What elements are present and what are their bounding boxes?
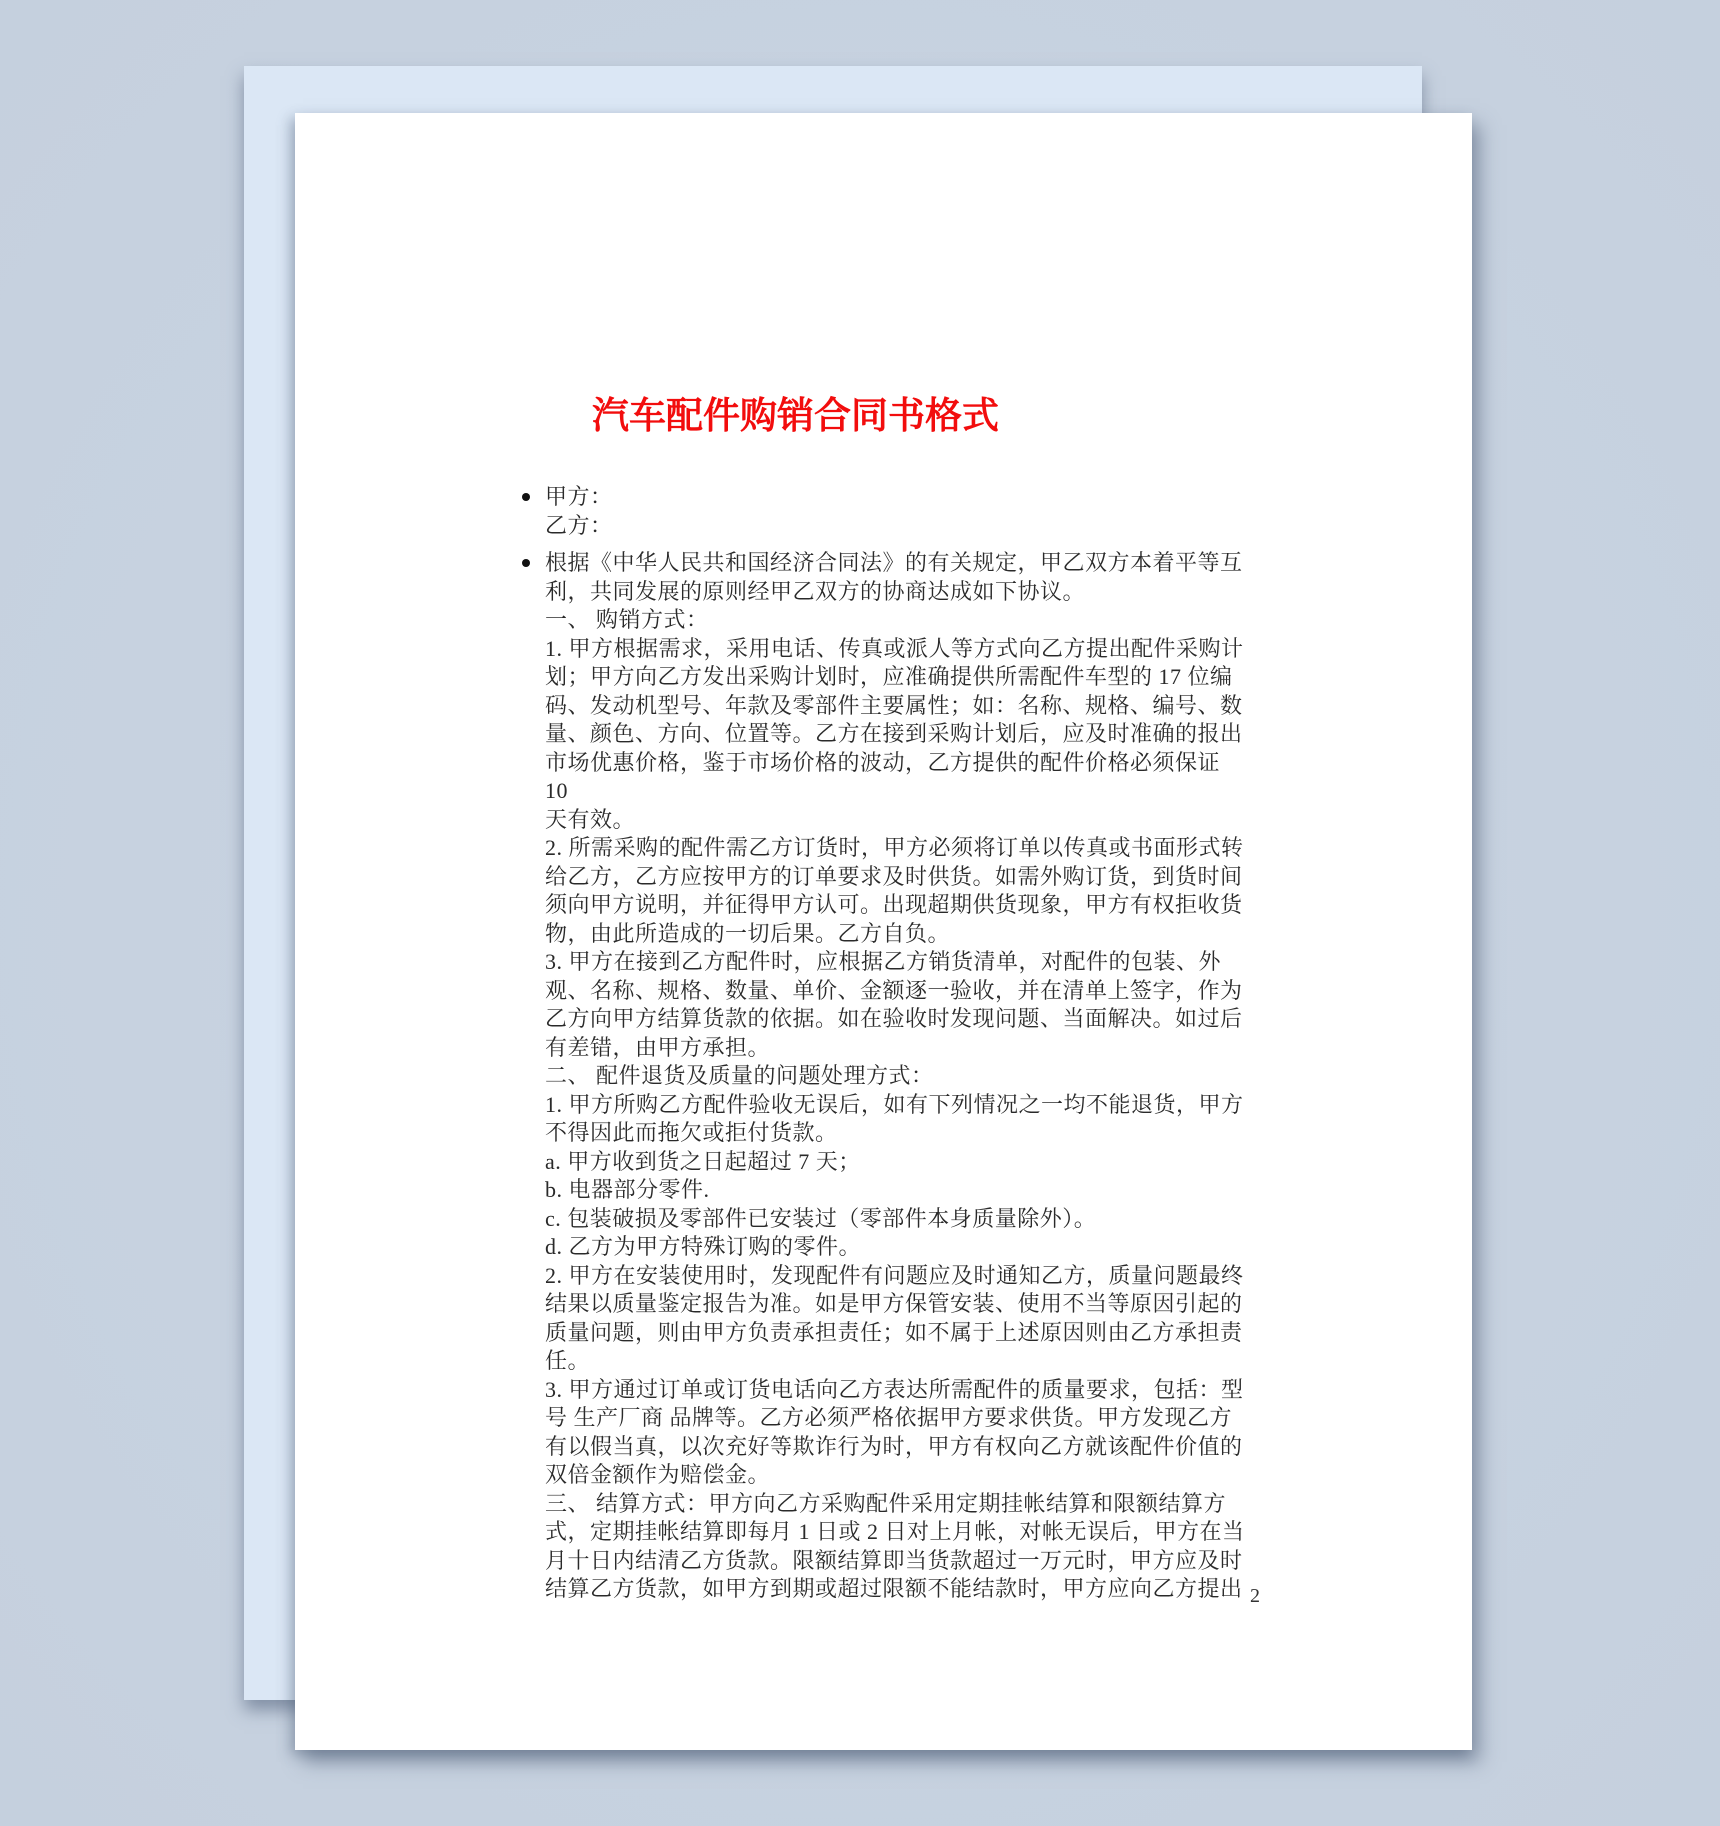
list-item: 根据《中华人民共和国经济合同法》的有关规定，甲乙双方本着平等互 利，共同发展的原…: [522, 549, 1245, 1604]
page-number: 2: [1250, 1585, 1260, 1608]
document-body: 甲方： 乙方： 根据《中华人民共和国经济合同法》的有关规定，甲乙双方本着平等互 …: [522, 483, 1245, 1604]
bullet-icon: [522, 493, 530, 501]
list-item-text: 根据《中华人民共和国经济合同法》的有关规定，甲乙双方本着平等互 利，共同发展的原…: [545, 549, 1245, 1604]
document-title: 汽车配件购销合同书格式: [592, 394, 999, 438]
list-item-text: 甲方： 乙方：: [545, 483, 1245, 540]
bullet-icon: [522, 559, 530, 567]
list-item: 甲方： 乙方：: [522, 483, 1245, 540]
document-page: 汽车配件购销合同书格式 甲方： 乙方： 根据《中华人民共和国经济合同法》的有关规…: [295, 113, 1472, 1750]
